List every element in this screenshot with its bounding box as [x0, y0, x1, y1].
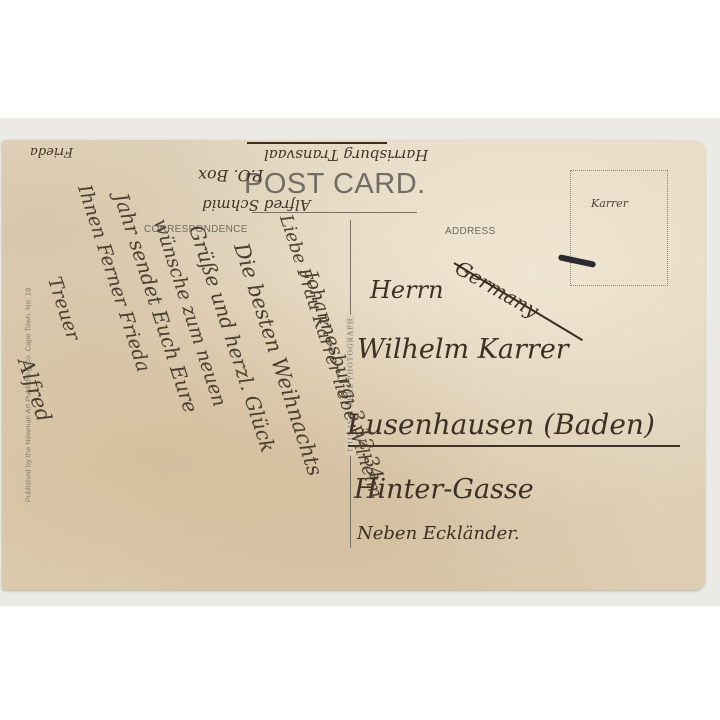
sender-name-note: Alfred Schmid	[202, 196, 311, 214]
sender-address-line: P.O. Box	[198, 166, 263, 185]
stamp-box-note: Karrer	[591, 197, 628, 210]
sender-address-line: Harrisburg Transvaal	[264, 146, 428, 164]
address-recipient-name: Wilhelm Karrer	[357, 334, 569, 365]
postcard: POST CARD. CORRESPONDENCE ADDRESS THIS I…	[2, 140, 705, 590]
sender-corner-note: Frieda	[30, 144, 73, 159]
message-signature: Alfred	[13, 355, 56, 425]
address-salutation: Herrn	[370, 276, 444, 304]
address-label: ADDRESS	[445, 226, 495, 237]
country-strikethrough	[453, 262, 583, 341]
sender-rule	[247, 142, 387, 144]
stamp-box: Karrer	[570, 170, 668, 286]
address-note: Neben Eckländer.	[357, 523, 520, 544]
address-town: Lusenhausen (Baden)	[347, 408, 655, 441]
message-line: Treuer	[43, 274, 84, 343]
town-underline	[348, 445, 680, 447]
